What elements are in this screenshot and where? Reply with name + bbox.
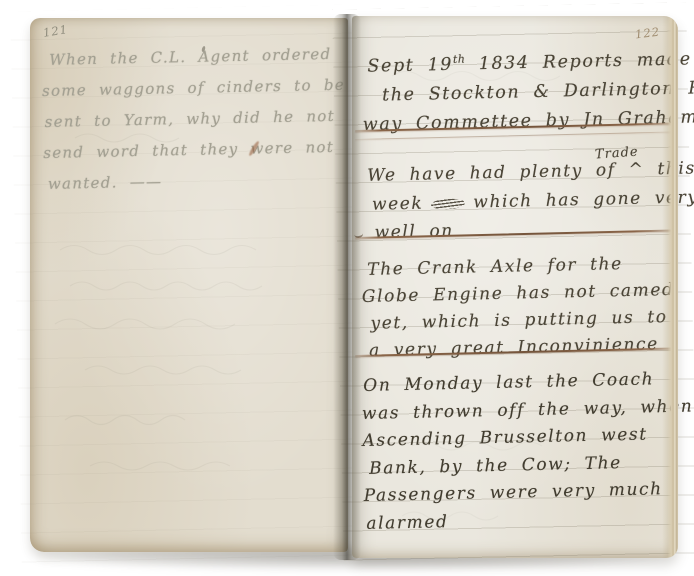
manuscript-photo: 121 When the C.L. Agent ordered some wag… (0, 0, 694, 576)
heading-title: 1834 Reports made to (465, 49, 694, 75)
page-number: 122 (634, 25, 660, 42)
pencil-note-line: wanted. —— (48, 163, 345, 200)
date-ordinal-superscript: th (453, 53, 466, 66)
coach-accident-report-section: On Monday last the Coach was thrown off … (361, 366, 677, 538)
pencil-note-line: send word that they were not (43, 132, 344, 169)
page-fore-edge (662, 16, 678, 558)
right-page: 122 Sept 19th 1834 Reports made to the S… (352, 16, 678, 558)
report-line-text: week (372, 193, 424, 214)
heading-date: Sept 19 (367, 55, 453, 77)
pencil-note: When the C.L. Agent ordered some waggons… (41, 39, 344, 200)
crossed-out-word (431, 198, 466, 210)
left-page: 121 When the C.L. Agent ordered some wag… (30, 18, 348, 552)
page-number: 121 (42, 22, 69, 40)
report-line-text: which has gone very (473, 187, 694, 212)
